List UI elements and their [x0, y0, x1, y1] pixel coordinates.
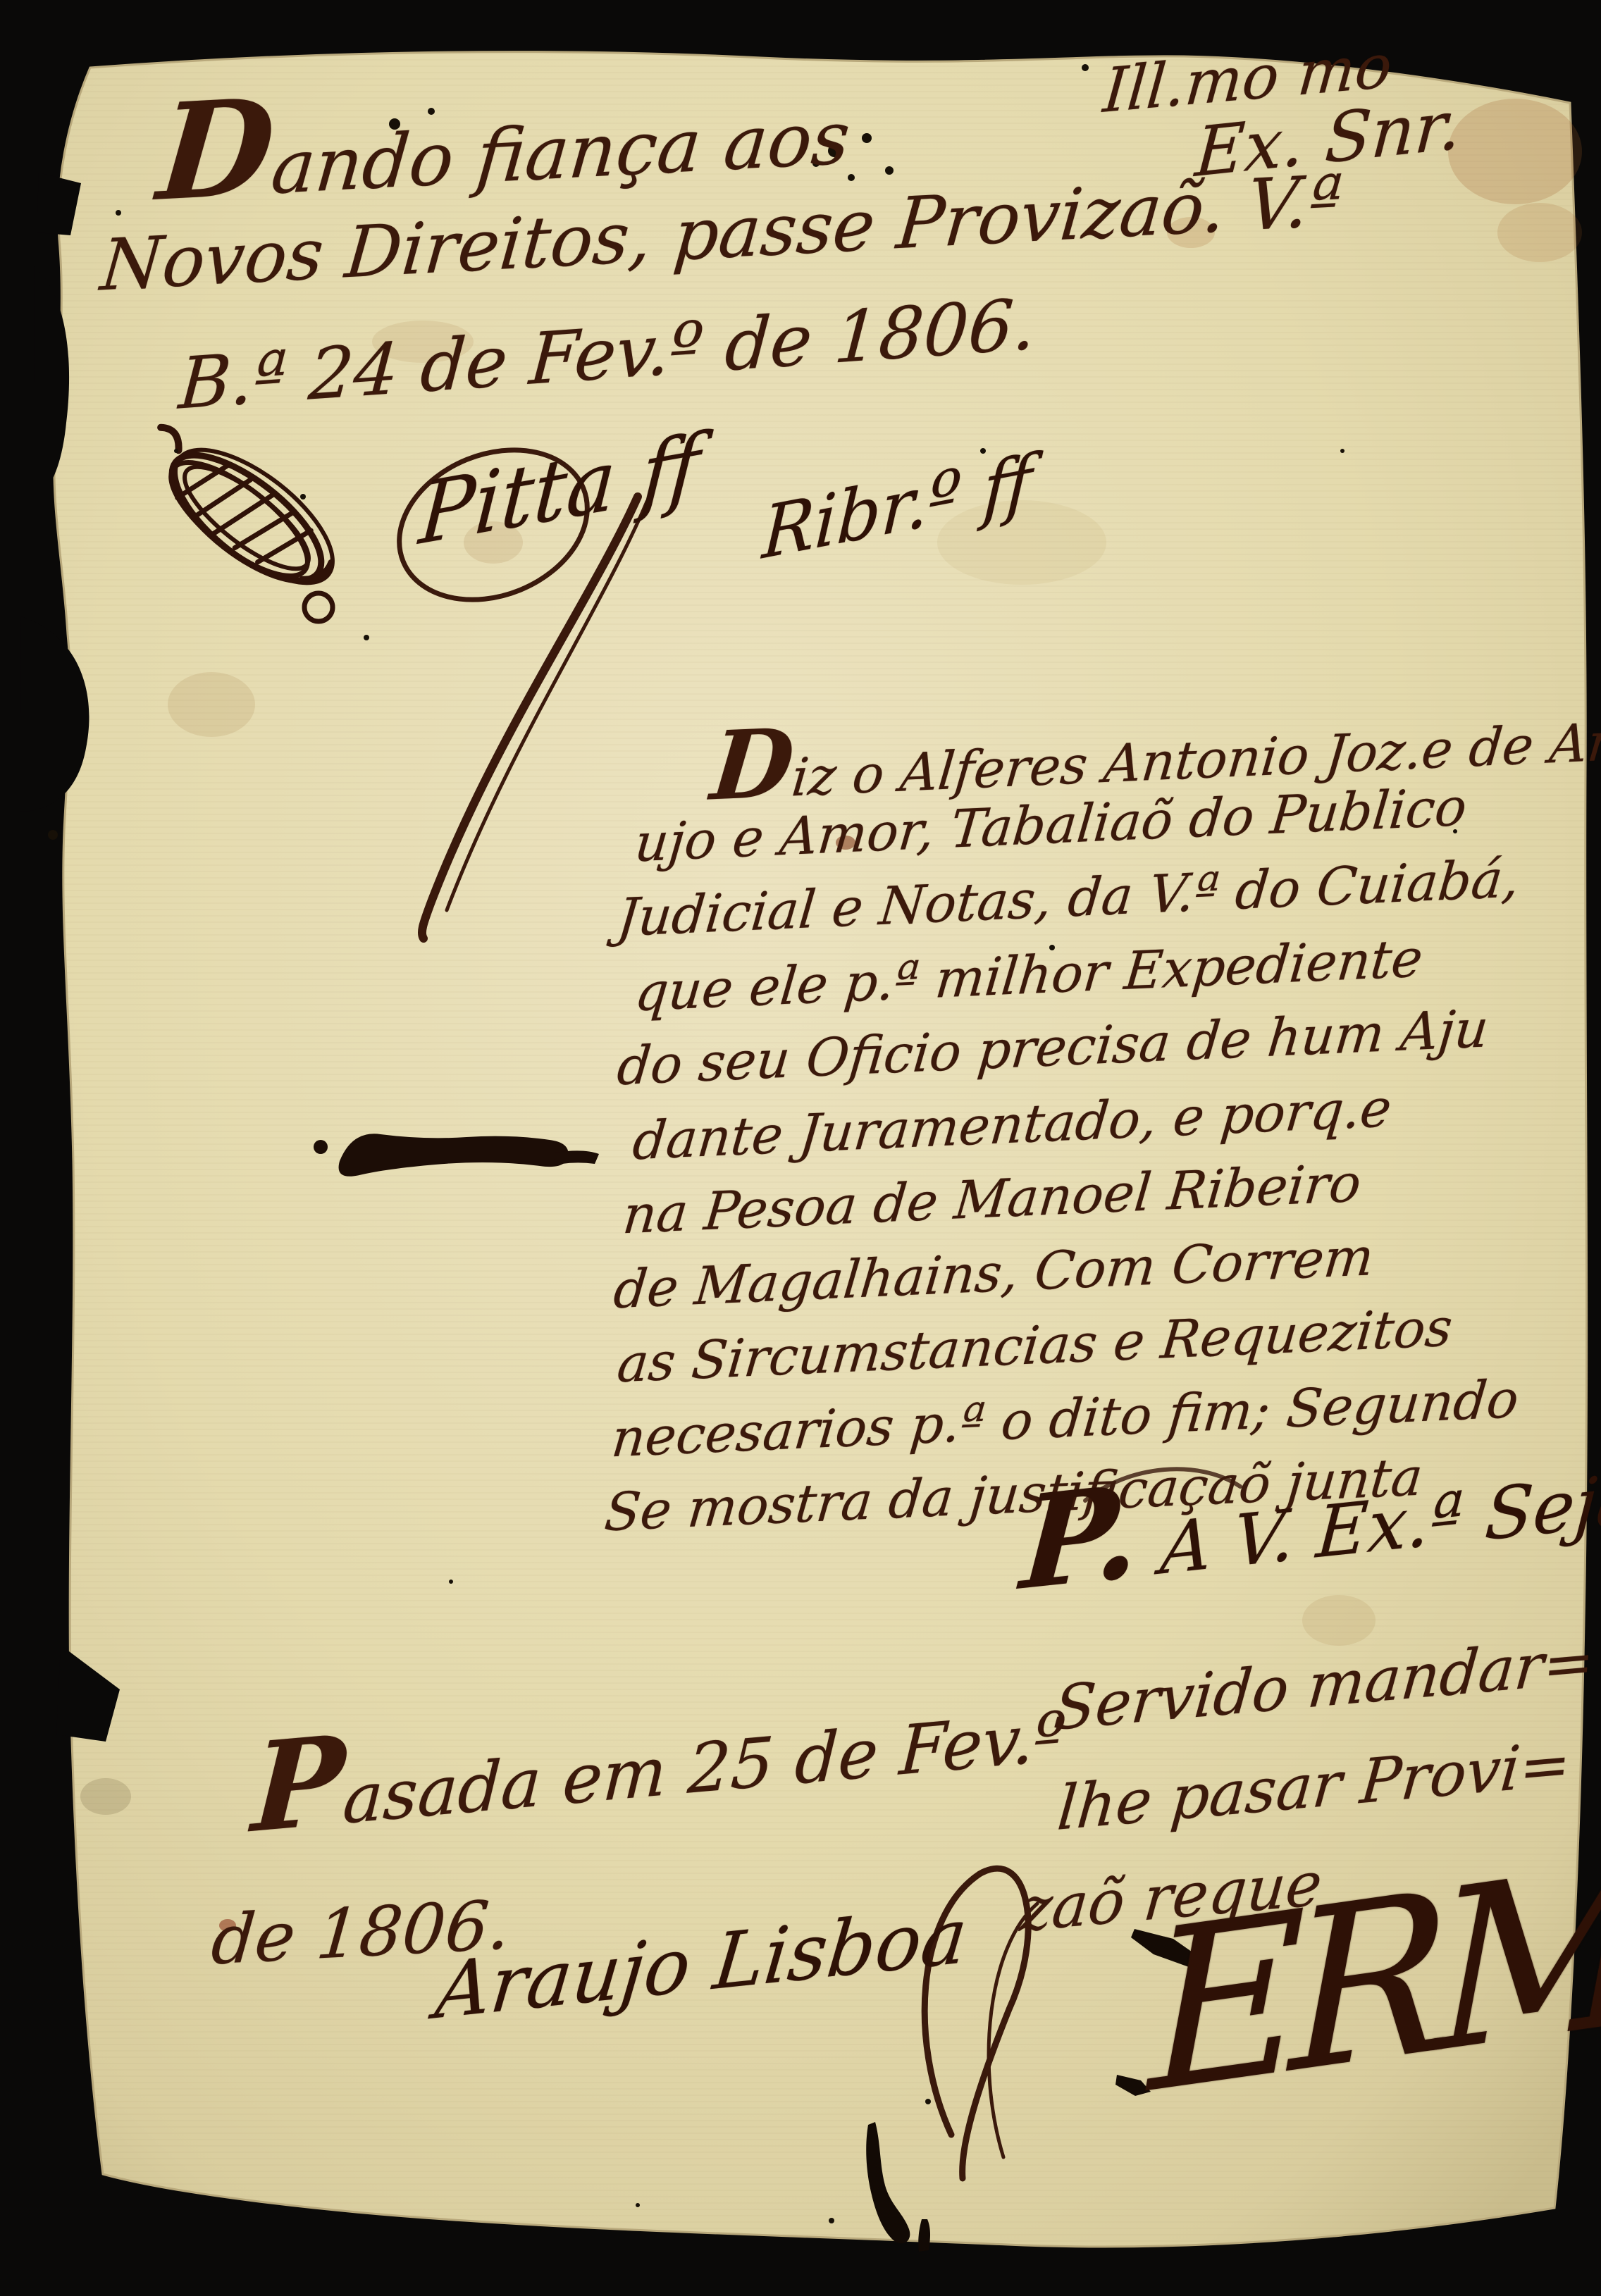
rubric-signature: Pitta ff [416, 421, 703, 558]
handwriting-layer: Ill.mo mo Ex. Snr. Dando fiança aos Novo… [0, 0, 1601, 2296]
closing-monogram: ERM [1149, 1833, 1601, 2127]
manuscript-photo: Ill.mo mo Ex. Snr. Dando fiança aos Novo… [0, 0, 1601, 2296]
dispatch-line: B.ª 24 de Fev.º de 1806. [177, 288, 1038, 421]
petition-line: dante Juramentado, e porq.e [631, 1082, 1394, 1169]
petition-line: de Magalhains, Com Correm [612, 1231, 1376, 1317]
rubric-signature: Ribr.º ff [760, 445, 1034, 571]
petition-line: na Pesoa de Manoel Ribeiro [621, 1157, 1364, 1243]
issuance-line: Pasada em 25 de Fev.º [250, 1675, 1069, 1843]
closing-line: Servido mandar= [1051, 1631, 1597, 1741]
closing-line: lhe pasar Provi= [1055, 1733, 1573, 1840]
clerk-signature: Araujo Lisboa [432, 1897, 970, 2032]
